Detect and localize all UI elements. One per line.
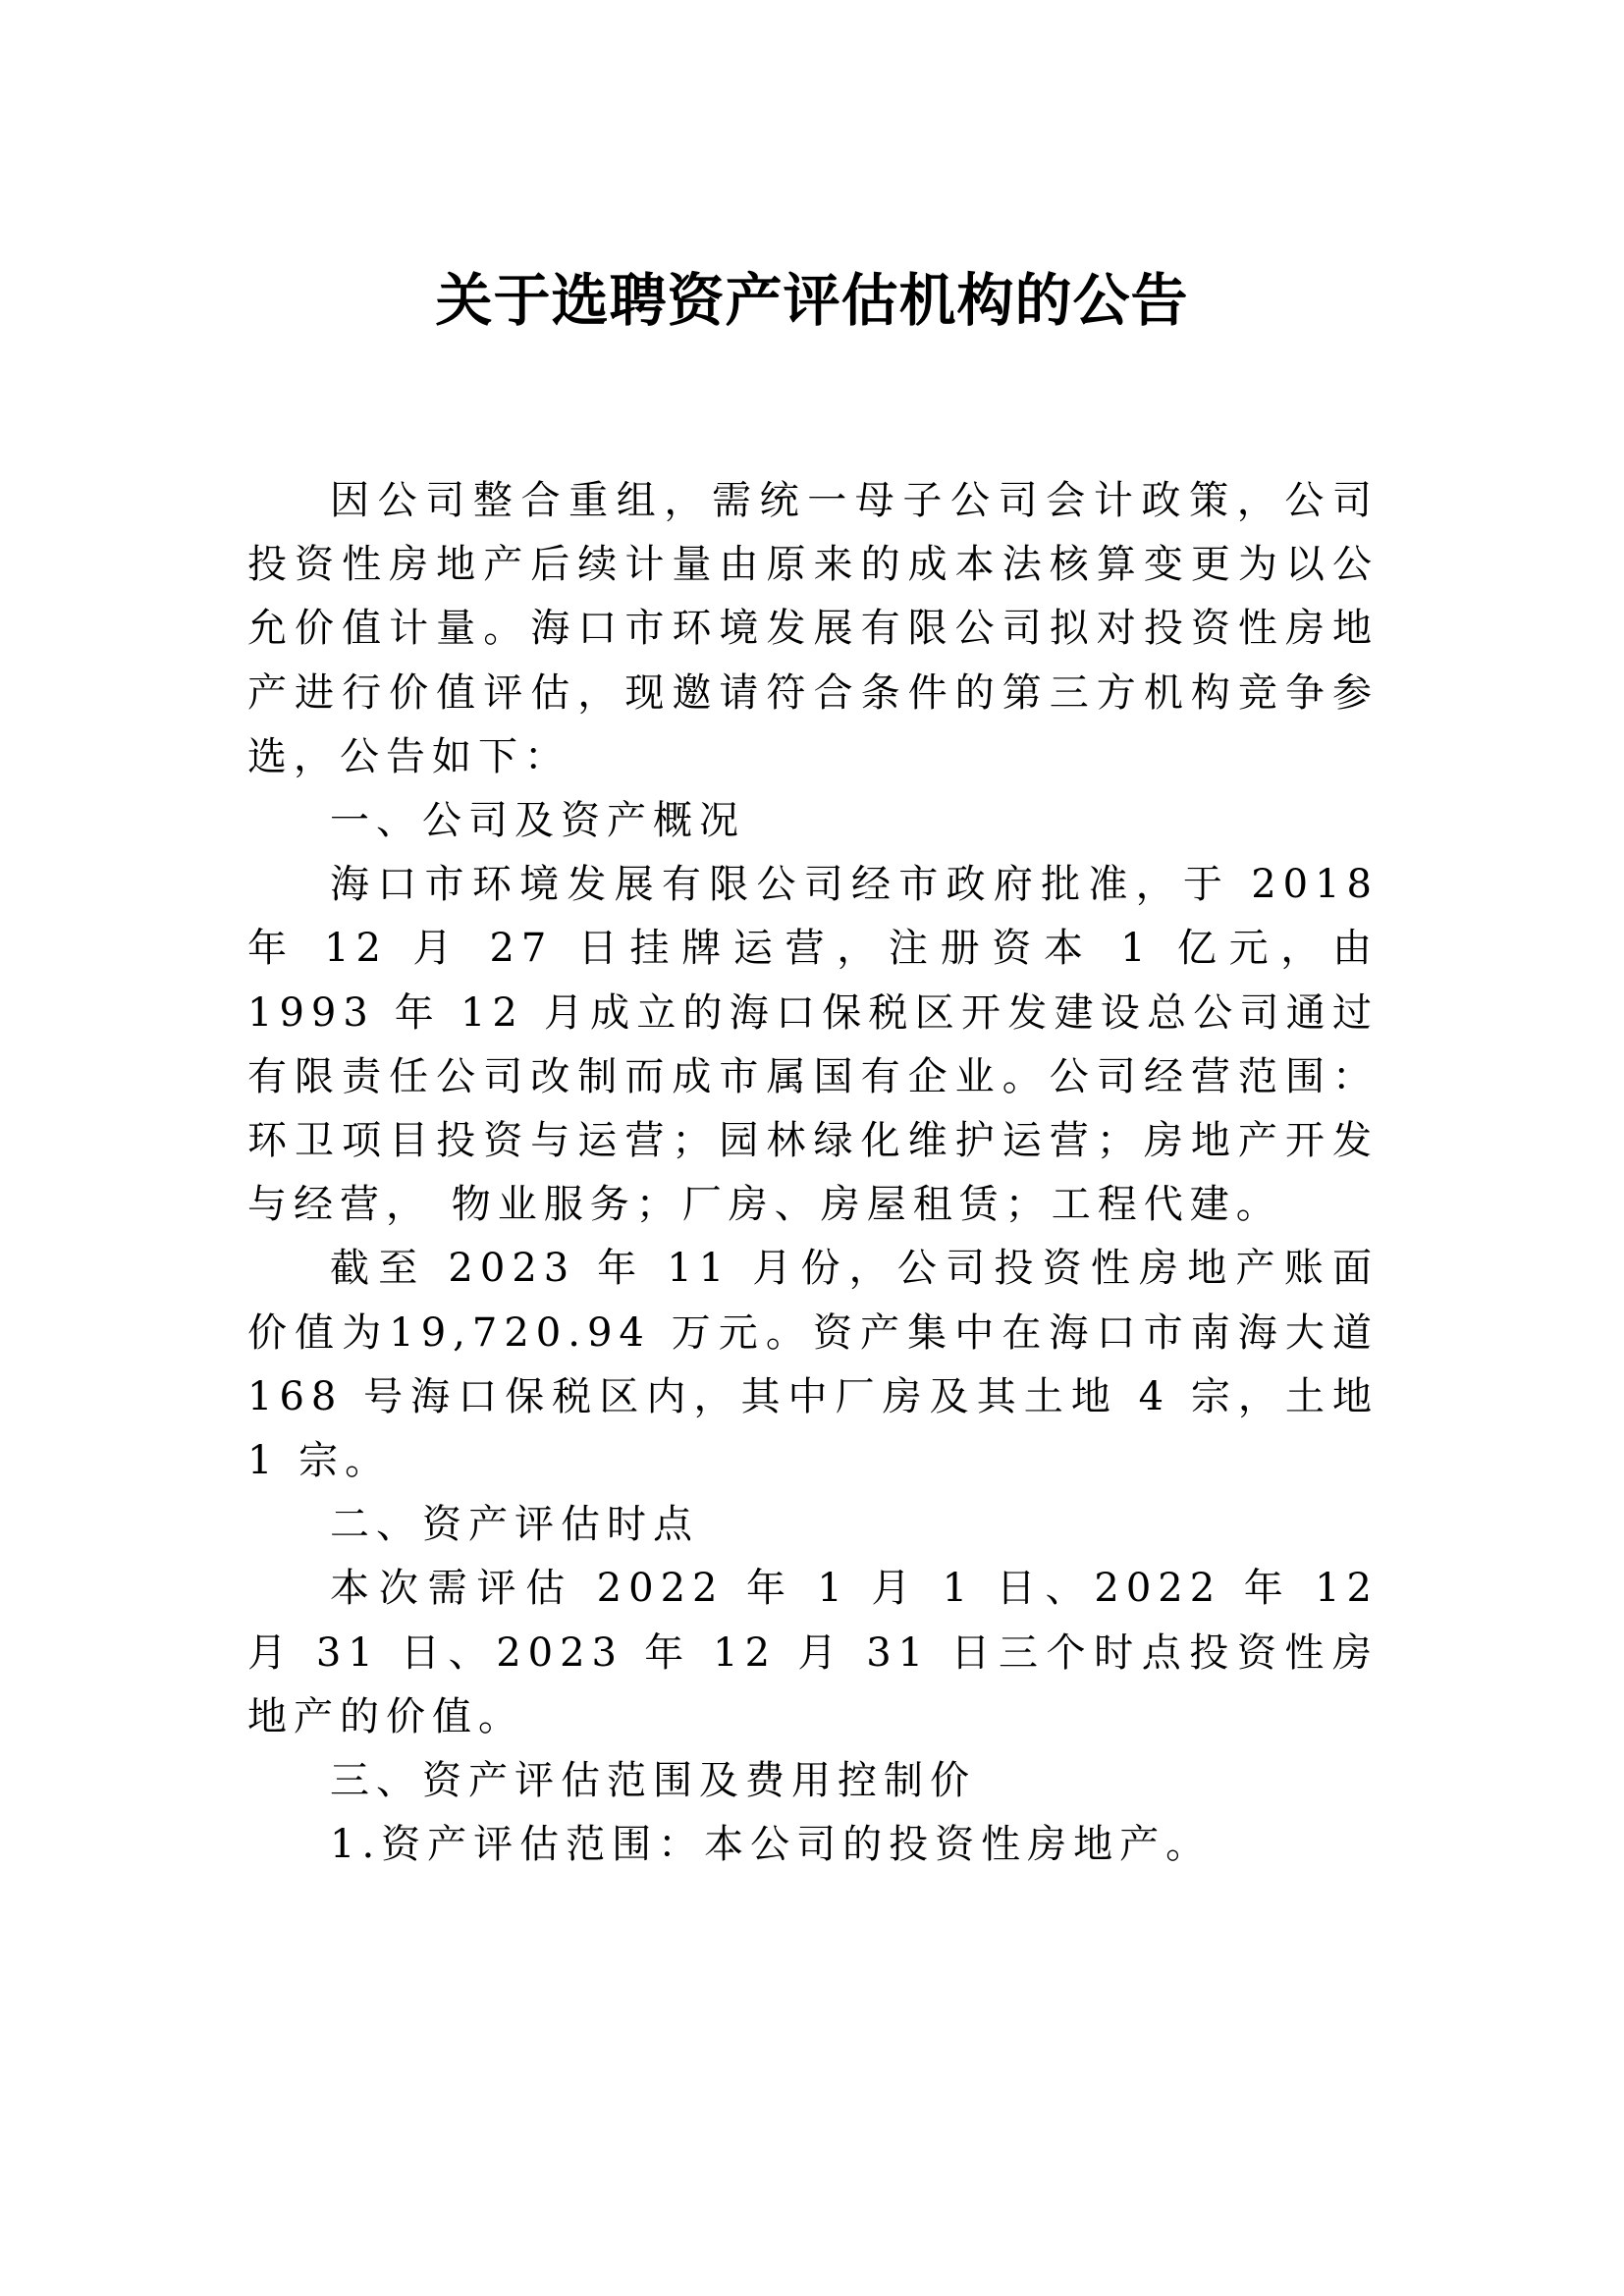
document-title: 关于选聘资产评估机构的公告 — [0, 266, 1624, 335]
document-body: 因公司整合重组，需统一母子公司会计政策，公司投资性房地产后续计量由原来的成本法核… — [247, 469, 1379, 1877]
document-page: 关于选聘资产评估机构的公告 因公司整合重组，需统一母子公司会计政策，公司投资性房… — [0, 0, 1624, 2296]
valuation-dates-paragraph: 本次需评估 2022 年 1 月 1 日、2022 年 12 月 31 日、20… — [247, 1557, 1379, 1749]
section-heading-company-overview: 一、公司及资产概况 — [247, 789, 1379, 853]
scope-paragraph: 1.资产评估范围：本公司的投资性房地产。 — [247, 1813, 1379, 1877]
intro-paragraph: 因公司整合重组，需统一母子公司会计政策，公司投资性房地产后续计量由原来的成本法核… — [247, 469, 1379, 789]
asset-value-paragraph: 截至 2023 年 11 月份，公司投资性房地产账面价值为19,720.94 万… — [247, 1237, 1379, 1493]
company-description-paragraph: 海口市环境发展有限公司经市政府批准，于 2018 年 12 月 27 日挂牌运营… — [247, 853, 1379, 1237]
section-heading-valuation-dates: 二、资产评估时点 — [247, 1493, 1379, 1557]
section-heading-scope-and-fee: 三、资产评估范围及费用控制价 — [247, 1749, 1379, 1813]
